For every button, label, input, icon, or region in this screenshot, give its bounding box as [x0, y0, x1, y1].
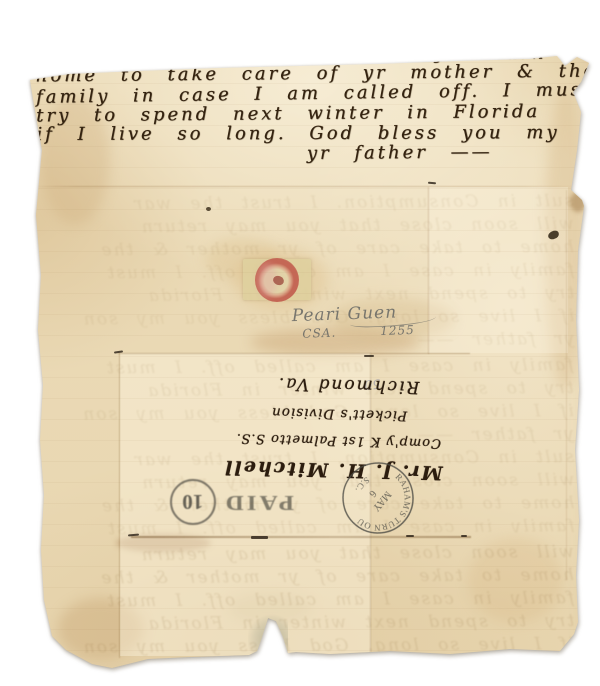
- ink-tick: [251, 536, 268, 539]
- fold-crease: [32, 186, 577, 187]
- stain: [570, 192, 586, 212]
- ink-speck: [206, 207, 211, 211]
- stain: [58, 598, 143, 660]
- stain: [116, 534, 211, 552]
- stain: [468, 538, 563, 623]
- bleedthrough-line: home to take care of yr mother & the: [34, 492, 574, 519]
- letter-scan: sult in Consumption. I trust the war wil…: [0, 0, 600, 686]
- fold-crease: [428, 187, 429, 354]
- bleedthrough-line: sult in Consumption. I trust the war: [33, 190, 573, 217]
- paper-shadow: sult in Consumption. I trust the war wil…: [0, 0, 600, 686]
- address-unit: Comp'y K 1st Palmetto S.S.: [233, 424, 444, 456]
- light-panel: [428, 187, 568, 353]
- ink-tick: [461, 535, 467, 537]
- ink-tick: [428, 182, 436, 185]
- letter-line: if I live so long. God bless you my son: [36, 123, 588, 145]
- bleedthrough-line: will soon close that you may return: [34, 213, 574, 240]
- ink-tick: [128, 534, 139, 537]
- rate-circle: 10: [170, 479, 216, 525]
- ink-blot: [547, 230, 560, 241]
- stain: [228, 592, 312, 624]
- address-city: Richmond Va.: [235, 367, 446, 402]
- bleedthrough-line: try to spend next winter in Florida: [34, 610, 574, 637]
- letter-line: sult in Consumption. I trust the war: [35, 22, 587, 47]
- ink-tick: [114, 350, 123, 353]
- bleedthrough-line: family in case I am called off. I must: [35, 515, 575, 536]
- rate-value: 10: [182, 490, 203, 515]
- fold-crease: [118, 353, 470, 354]
- pencil-org: CSA.: [302, 326, 336, 341]
- bleedthrough-line: will soon close that you may return: [34, 541, 574, 568]
- ink-tick: [364, 355, 374, 357]
- postmark-day: 6: [366, 488, 378, 499]
- letter-text: sult in Consumption. I trust the war wil…: [35, 22, 588, 167]
- ink-tick: [406, 535, 414, 537]
- pencil-note: Peari Guen CSA. 1255: [291, 302, 415, 341]
- bleedthrough-block: will soon close that you may return home…: [34, 541, 575, 660]
- tear-hole-shadow: [248, 612, 288, 658]
- letter-line: will soon close that you may return: [36, 44, 588, 65]
- ink-speck: [580, 331, 586, 335]
- letter-paper: sult in Consumption. I trust the war wil…: [0, 0, 600, 686]
- fold-crease: [566, 190, 567, 580]
- paid-label: PAID: [223, 490, 294, 514]
- fold-crease: [131, 536, 471, 538]
- paid-handstamp: PAID 10: [166, 474, 294, 530]
- bleedthrough-line: if I live so long. God bless you my son: [34, 633, 574, 660]
- letter-signature: yr father ——: [36, 142, 588, 167]
- bleedthrough-line: family in case I am called off. I must: [34, 587, 574, 614]
- pencil-flourish: [350, 313, 436, 328]
- bleedthrough-line: home to take care of yr mother & the: [34, 564, 574, 591]
- fold-crease: [119, 353, 120, 658]
